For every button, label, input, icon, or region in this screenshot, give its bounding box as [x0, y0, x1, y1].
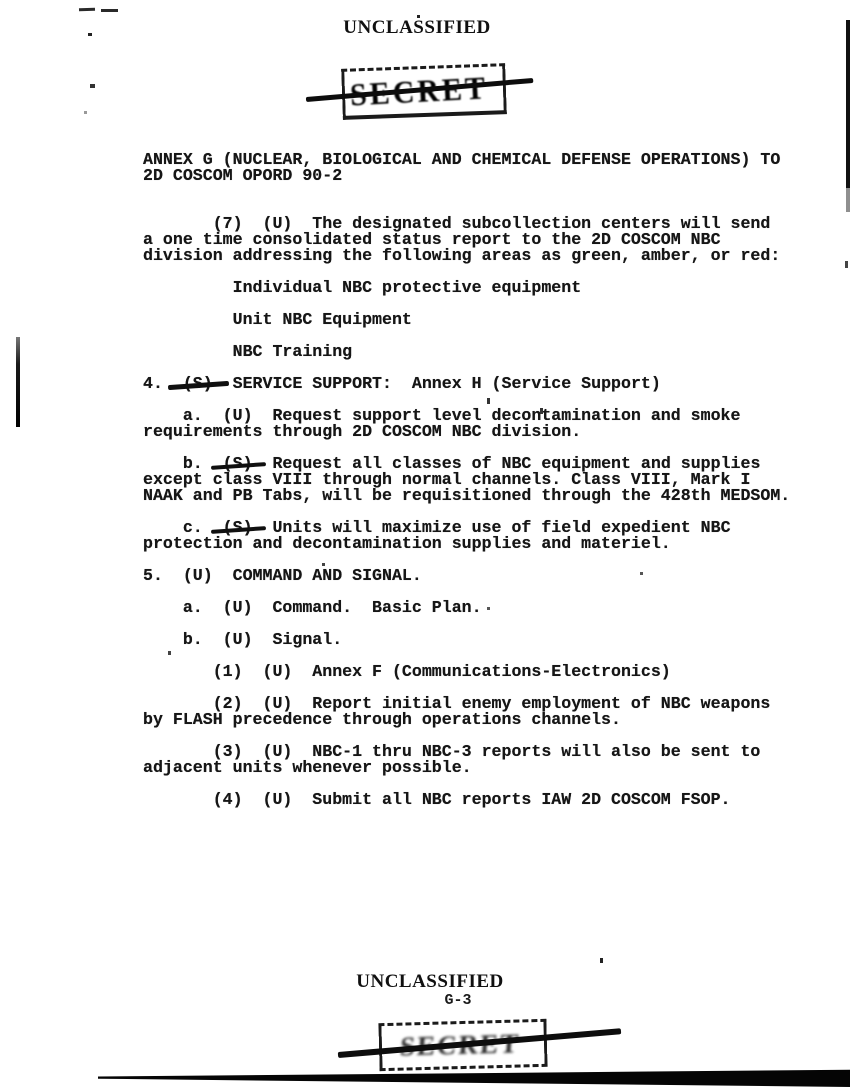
page-number: G-3: [420, 992, 496, 1009]
paragraph-5b1: (1) (U) Annex F (Communications-Electron…: [143, 664, 833, 680]
scanned-document-page: UNCLASSIFIED SECRET ANNEX G (NUCLEAR, BI…: [0, 0, 850, 1092]
paragraph-7: (7) (U) The designated subcollection cen…: [143, 216, 833, 264]
scan-speck: [88, 33, 92, 36]
paragraph-4c-classification-struck: (S): [223, 520, 253, 536]
footer-classification: UNCLASSIFIED: [330, 971, 530, 993]
scan-edge-line-right-tail: [846, 188, 850, 212]
paragraph-4c: c. (S) Units will maximize use of field …: [143, 520, 833, 552]
annex-title: ANNEX G (NUCLEAR, BIOLOGICAL AND CHEMICA…: [143, 152, 833, 184]
scan-speck: [600, 958, 603, 963]
report-area-individual-equipment: Individual NBC protective equipment: [143, 280, 833, 296]
paragraph-5b3: (3) (U) NBC-1 thru NBC-3 reports will al…: [143, 744, 833, 776]
scan-dash-top-left-1: [79, 8, 95, 12]
scan-dash-top-left-2: [101, 9, 118, 12]
scan-speck: [487, 607, 490, 610]
header-classification: UNCLASSIFIED: [317, 17, 517, 39]
document-body: ANNEX G (NUCLEAR, BIOLOGICAL AND CHEMICA…: [143, 152, 833, 808]
report-area-training: NBC Training: [143, 344, 833, 360]
section-4-text: SERVICE SUPPORT: Annex H (Service Suppor…: [213, 374, 661, 393]
scan-speck: [540, 408, 543, 414]
scan-speck: [417, 15, 420, 18]
paragraph-4b: b. (S) Request all classes of NBC equipm…: [143, 456, 833, 504]
section-5-command-and-signal: 5. (U) COMMAND AND SIGNAL.: [143, 568, 833, 584]
section-4-service-support: 4. (S) SERVICE SUPPORT: Annex H (Service…: [143, 376, 833, 392]
report-area-unit-equipment: Unit NBC Equipment: [143, 312, 833, 328]
scan-edge-line-left: [16, 337, 20, 427]
paragraph-5b4: (4) (U) Submit all NBC reports IAW 2D CO…: [143, 792, 833, 808]
scan-speck: [640, 572, 643, 575]
paragraph-4b-classification-struck: (S): [223, 456, 253, 472]
paragraph-5b2: (2) (U) Report initial enemy employment …: [143, 696, 833, 728]
scan-speck: [84, 111, 87, 114]
scan-speck: [168, 651, 171, 655]
scan-speck: [487, 398, 490, 404]
scan-edge-line-right: [846, 20, 850, 188]
scan-black-wedge-bottom: [98, 1069, 850, 1087]
section-4-classification-struck: (S): [183, 376, 213, 392]
scan-speck: [845, 261, 848, 268]
scan-speck: [90, 84, 95, 88]
paragraph-5b: b. (U) Signal.: [143, 632, 833, 648]
paragraph-4a: a. (U) Request support level decontamina…: [143, 408, 833, 440]
scan-speck: [322, 563, 325, 566]
